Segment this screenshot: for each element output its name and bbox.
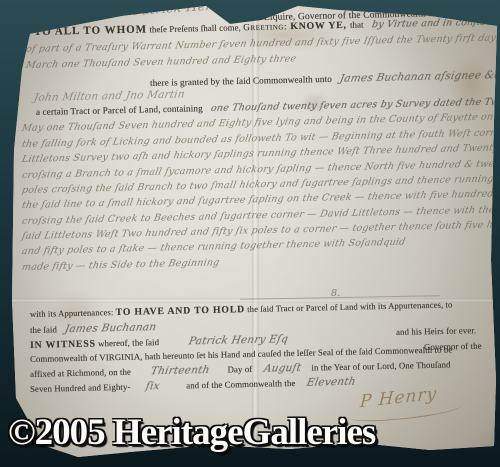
year-text: in the Year of our Lord, One Thouſand <box>311 359 450 372</box>
year-suffix-handwritten: ſix <box>145 380 161 392</box>
commonwealth-the-text: and of the Commonwealth the <box>186 378 295 390</box>
the-said-text: the ſaid <box>30 324 57 335</box>
document-paper: Patrick Henry Eſquire, Governor of the C… <box>0 0 500 467</box>
figure-8-mark: 8. <box>331 288 340 299</box>
month-handwritten: Auguſt <box>263 362 302 375</box>
virginia-text: VIRGINIA; <box>439 7 500 19</box>
photo-stage: Patrick Henry Eſquire, Governor of the C… <box>0 0 500 467</box>
watermark-text: ©2005 HeritageGalleries <box>8 411 375 454</box>
to-all-to-whom-text: TO ALL TO WHOM <box>34 23 147 38</box>
eighty-pre-text: Seven Hundred and Eighty- <box>30 382 131 394</box>
appurtenances-pre-text: with its Appurtenances: <box>30 307 116 319</box>
affixed-pre-text: affixed at Richmond, on the <box>30 367 131 379</box>
that-text: that <box>350 20 364 30</box>
witness-rest-text: whereof, the ſaid <box>96 337 160 348</box>
presents-text: theſe Preſents ſhall come, <box>147 22 243 34</box>
commonwealth-year-handwritten: Eleventh <box>306 376 357 389</box>
heirs-text: and his Heirs for ever. <box>396 325 476 337</box>
day-handwritten: Thirteenth <box>150 364 211 377</box>
greeting-text: Greeting: <box>243 22 287 33</box>
grantee-handwritten-3: James Buchanan <box>64 321 158 335</box>
know-ye-text: KNOW YE, <box>287 20 350 32</box>
witness-handwritten: Patrick Henry Eſq <box>188 333 289 347</box>
in-witness-text: IN WITNESS <box>30 339 96 351</box>
day-of-text: Day of <box>227 364 252 375</box>
